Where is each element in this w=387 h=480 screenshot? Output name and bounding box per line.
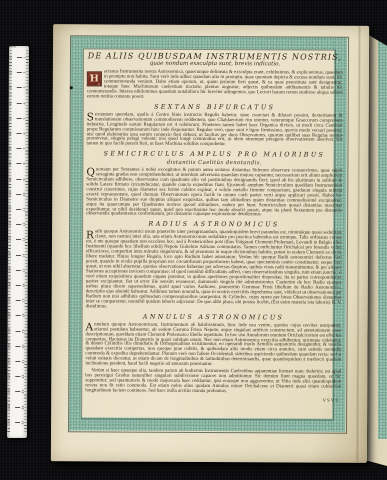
ruler-cm-label: 1 — [23, 55, 27, 60]
ruler-unit-label: mm — [10, 45, 16, 49]
ruler-mm-label: 210 — [8, 359, 12, 364]
paragraph-text: extantem quendam, qualis à Centro binis … — [87, 112, 343, 147]
paragraph-text: uoniam per Sextantes à nobis excogitatos… — [86, 167, 342, 217]
ruler-row: 10010 — [8, 187, 28, 202]
ruler-mm-label: 220 — [8, 374, 12, 379]
ruler-cm-tick — [16, 194, 21, 195]
ruler-cm-tick — [17, 133, 22, 134]
ruler-cm-tick — [16, 224, 21, 225]
ruler-cm-label: 22 — [22, 374, 26, 379]
ruler-cm-label: 16 — [22, 283, 26, 288]
ruler-row: 606 — [9, 126, 29, 141]
ruler-row: 20020 — [7, 339, 27, 354]
ruler-cm-label: 11 — [22, 207, 26, 212]
ruler-row: 11011 — [8, 202, 28, 217]
next-page-border-wash — [378, 37, 387, 439]
paragraph-annulus: Annulum quoque Astronomicum, Instrumentu… — [85, 323, 341, 369]
woodcut-initial: H — [87, 71, 102, 86]
ink-speck — [70, 86, 73, 89]
ruler-mm-label: 80 — [9, 161, 13, 166]
border-wash-bottom — [69, 417, 345, 431]
ruler-row: 17017 — [8, 293, 28, 308]
ruler-cm-label: 4 — [23, 101, 27, 106]
ruler-cm-label: 12 — [22, 222, 26, 227]
ruler-cm-tick — [17, 118, 22, 119]
section-subheading-semicirculus: distantiis Caelitùs denotandis. — [86, 160, 342, 168]
ruler-mm-label: 140 — [8, 253, 12, 258]
ruler-cm-tick — [17, 57, 22, 58]
ruler-cm-label: 3 — [23, 85, 27, 90]
ruler-row: 23023 — [7, 384, 27, 399]
photographic-scale-ruler: mm 1012023034045056067078089091001011011… — [7, 46, 29, 438]
ruler-row: 15015 — [8, 263, 28, 278]
ruler-mm-label: 170 — [8, 298, 12, 303]
ruler-cm-tick — [16, 179, 21, 180]
ruler-cm-tick — [15, 346, 20, 347]
ruler-mm-label: 70 — [9, 146, 13, 151]
paragraph-intro: Hactenus Instrumenta nostra Astronomica,… — [87, 70, 343, 101]
ruler-mm-label: 130 — [8, 237, 12, 242]
ruler-row: 303 — [9, 80, 29, 95]
ruler-row: 909 — [8, 172, 28, 187]
text-block: DE ALIIS QUIBUSDAM INSTRUMENTIS NOSTRIS,… — [85, 51, 343, 402]
ruler-cm-tick — [16, 285, 21, 286]
paragraph-sextans: Sextantem quendam, qualis à Centro binis… — [86, 113, 342, 149]
ruler-cm-label: 5 — [23, 116, 27, 121]
ruler-mm-label: 200 — [8, 344, 12, 349]
section-heading-semicirculus: SEMICIRCULUS AMPLUS PRO MAIORIBUS — [86, 151, 342, 160]
chapter-subtitle: quae nondum exsculpta sunt, brevis indic… — [87, 60, 343, 68]
ruler-cm-label: 14 — [22, 253, 26, 258]
ruler-cm-tick — [17, 103, 22, 104]
ruler-row: 21021 — [7, 354, 27, 369]
ruler-mm-label: 190 — [8, 329, 12, 334]
ruler-row: 24024 — [7, 400, 27, 415]
ruler-mm-label: 120 — [8, 222, 12, 227]
ruler-row: 808 — [8, 156, 28, 171]
paragraph-text: adii quoque Astronomici usum praeterire … — [86, 230, 342, 309]
page-crease — [356, 26, 361, 463]
ruler-cm-tick — [16, 331, 21, 332]
ruler-mm-label: 150 — [8, 268, 12, 273]
section-heading-annulus: ANNULUS ASTRONOMICUS — [86, 313, 342, 322]
paragraph-radius: Radii quoque Astronomici usum praeterire… — [86, 231, 342, 312]
ruler-row: 16016 — [8, 278, 28, 293]
paragraph-text: nnulum quoque Astronomicum, Instrumentum… — [85, 322, 341, 367]
book-page: DE ALIIS QUIBUSDAM INSTRUMENTIS NOSTRIS,… — [51, 24, 369, 463]
ruler-row: 14014 — [8, 248, 28, 263]
ruler-mm-label: 110 — [8, 207, 12, 212]
ruler-mm-label: 100 — [8, 192, 12, 197]
ruler-row: 404 — [9, 96, 29, 111]
catchword: VSVS — [85, 396, 341, 402]
ruler-cm-tick — [15, 391, 20, 392]
ruler-cm-tick — [15, 422, 20, 423]
photographed-book-spread: { "ruler": { "unit": "mm", "mm_labels": … — [0, 0, 387, 480]
ruler-cm-label: 2 — [23, 70, 27, 75]
ruler-mm-label: 250 — [7, 420, 11, 425]
ruler-mm-label: 20 — [9, 70, 13, 75]
ruler-cm-tick — [16, 315, 21, 316]
paragraph-semicirculus: Quoniam per Sextantes à nobis excogitato… — [86, 168, 342, 219]
ruler-mm-label: 240 — [7, 405, 11, 410]
ruler-cm-tick — [17, 72, 22, 73]
ruler-cm-label: 18 — [22, 313, 26, 318]
ruler-cm-label: 13 — [22, 237, 26, 242]
ruler-mm-label: 180 — [8, 313, 12, 318]
ruler-cm-label: 8 — [23, 161, 27, 166]
ruler-cm-tick — [16, 300, 21, 301]
ruler-cm-label: 17 — [22, 298, 26, 303]
ruler-row: 19019 — [7, 324, 27, 339]
ruler-cm-tick — [17, 87, 22, 88]
ruler-row: 13013 — [8, 232, 28, 247]
ruler-cm-label: 19 — [22, 329, 26, 334]
ruler-row: 18018 — [8, 308, 28, 323]
ruler-mm-label: 10 — [9, 55, 13, 60]
ruler-cm-label: 15 — [22, 268, 26, 273]
ruler-mm-label: 50 — [9, 116, 13, 121]
ruler-mm-label: 60 — [9, 131, 13, 136]
paragraph-text: actenus Instrumenta nostra Astronomica, … — [87, 69, 343, 99]
ruler-mm-label: 90 — [9, 177, 13, 182]
ruler-row: 202 — [9, 65, 29, 80]
ruler-cm-label: 21 — [22, 359, 26, 364]
ruler-cm-label: 23 — [21, 389, 25, 394]
ruler-cm-tick — [16, 239, 21, 240]
ruler-cm-tick — [15, 361, 20, 362]
ruler-cm-label: 7 — [23, 146, 27, 151]
border-wash-left — [69, 36, 83, 430]
ruler-mm-label: 230 — [7, 389, 11, 394]
ruler-row: 12012 — [8, 217, 28, 232]
ruler-row: 505 — [9, 111, 29, 126]
ruler-row: 101 — [9, 50, 29, 65]
border-wash-top — [71, 36, 347, 49]
ruler-cm-tick — [15, 376, 20, 377]
ruler-row: 25025 — [7, 415, 27, 430]
ruler-cm-tick — [16, 163, 21, 164]
ruler-cm-label: 9 — [23, 177, 27, 182]
ruler-cm-label: 24 — [21, 405, 25, 410]
ruler-row: 707 — [8, 141, 28, 156]
ruler-cm-label: 20 — [22, 344, 26, 349]
ruler-cm-label: 10 — [22, 192, 26, 197]
ruler-row: 22022 — [7, 369, 27, 384]
ruler-mm-label: 160 — [8, 283, 12, 288]
section-heading-sextans: SEXTANS BIFURCATUS — [87, 103, 343, 112]
ruler-cm-tick — [16, 209, 21, 210]
paragraph-closing: Verùm si haec quaeque alia, tandem parum… — [85, 370, 341, 396]
ruler-cm-tick — [16, 255, 21, 256]
ruler-mm-label: 40 — [9, 101, 13, 106]
ruler-cm-tick — [15, 407, 20, 408]
ruler-cm-tick — [16, 148, 21, 149]
ruler-cm-label: 25 — [21, 420, 25, 425]
ruler-mm-label: 30 — [9, 85, 13, 90]
ruler-cm-tick — [16, 270, 21, 271]
ruler-cm-label: 6 — [23, 131, 27, 136]
